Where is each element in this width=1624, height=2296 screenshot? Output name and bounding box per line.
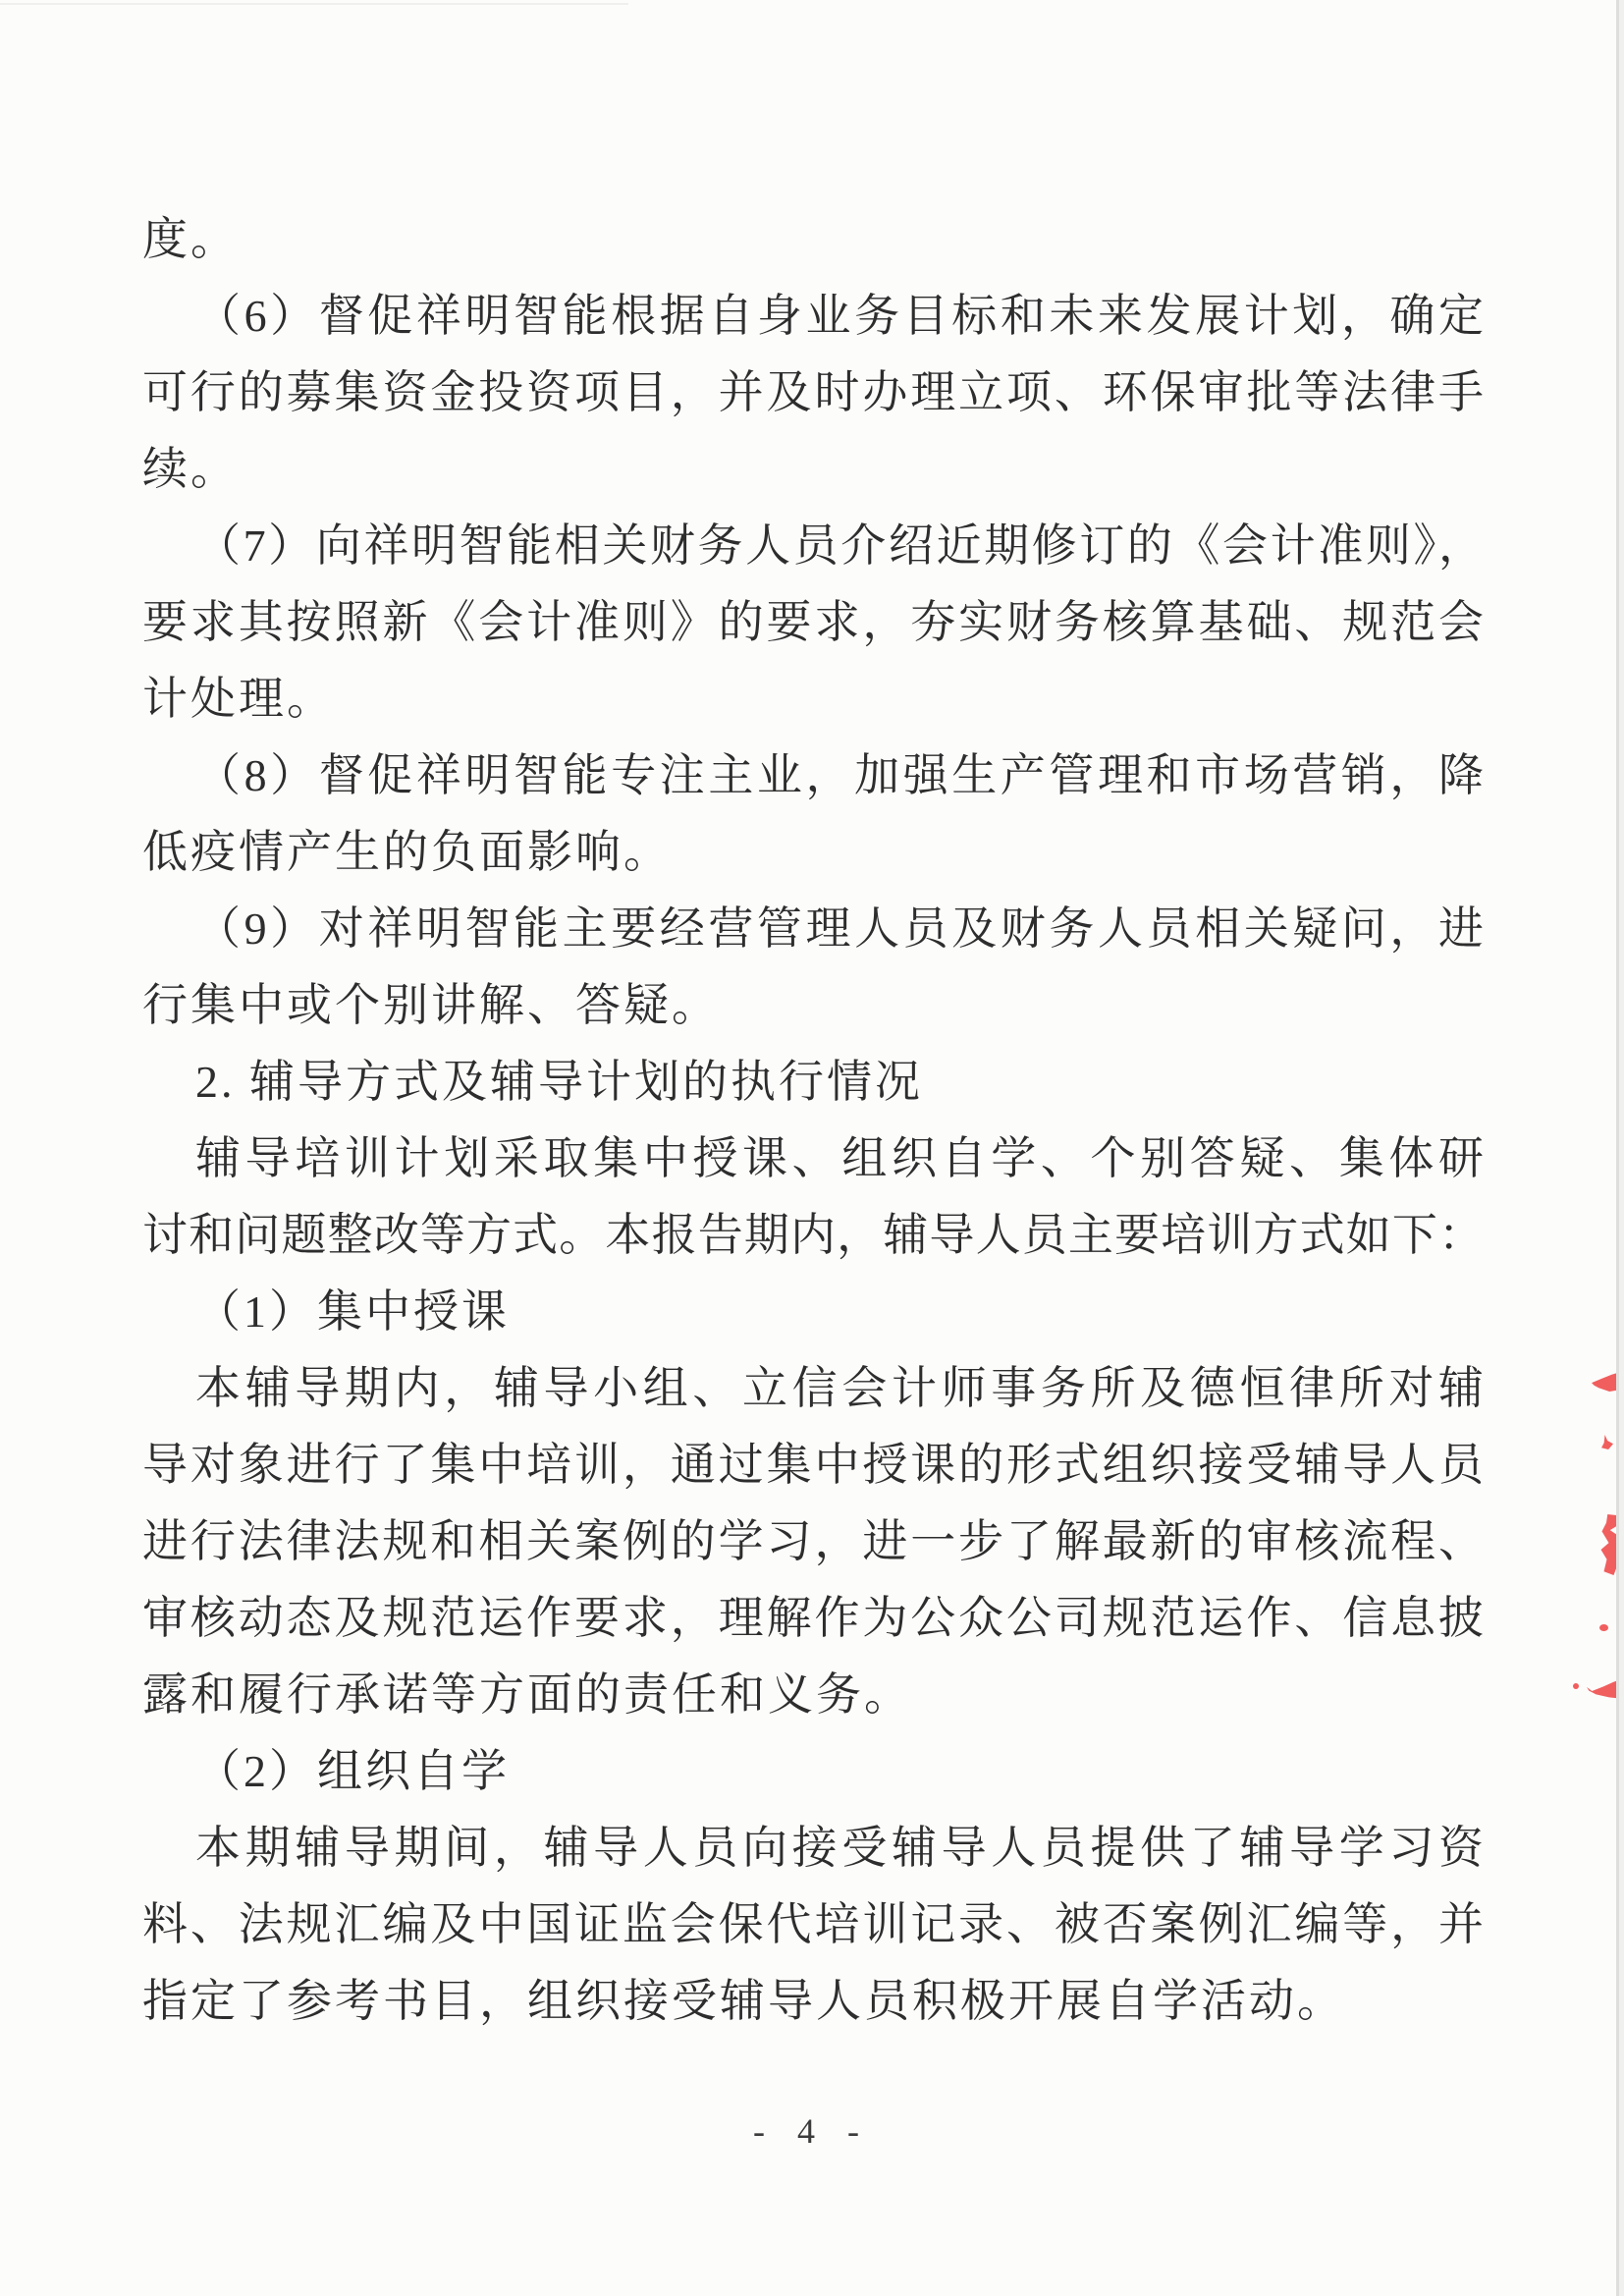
text-line: 讨和问题整改等方式。本报告期内，辅导人员主要培训方式如下： xyxy=(142,1197,1484,1274)
scan-top-edge-artifact xyxy=(0,3,628,5)
document-page: 度。（6）督促祥明智能根据自身业务目标和未来发展计划，确定可行的募集资金投资项目… xyxy=(0,0,1624,2296)
red-ink-mark xyxy=(1600,1435,1613,1449)
text-line: 可行的募集资金投资项目，并及时办理立项、环保审批等法律手 xyxy=(142,355,1484,431)
text-line: 辅导培训计划采取集中授课、组织自学、个别答疑、集体研 xyxy=(142,1121,1484,1197)
text-line: 露和履行承诺等方面的责任和义务。 xyxy=(142,1657,1484,1733)
text-line: （7）向祥明智能相关财务人员介绍近期修订的《会计准则》， xyxy=(142,508,1484,584)
text-line: 2. 辅导方式及辅导计划的执行情况 xyxy=(142,1044,1484,1121)
text-line: （2）组织自学 xyxy=(142,1733,1484,1810)
text-line: （1）集中授课 xyxy=(142,1274,1484,1350)
text-line: 进行法律法规和相关案例的学习，进一步了解最新的审核流程、 xyxy=(142,1503,1484,1580)
text-line: 度。 xyxy=(142,201,1484,278)
text-line: 计处理。 xyxy=(142,661,1484,738)
text-line: （6）督促祥明智能根据自身业务目标和未来发展计划，确定 xyxy=(142,278,1484,355)
text-line: （8）督促祥明智能专注主业，加强生产管理和市场营销，降 xyxy=(142,738,1484,814)
text-line: 要求其按照新《会计准则》的要求，夯实财务核算基础、规范会 xyxy=(142,584,1484,661)
document-body: 度。（6）督促祥明智能根据自身业务目标和未来发展计划，确定可行的募集资金投资项目… xyxy=(142,201,1484,2040)
scan-edge-shadow xyxy=(1619,0,1624,2296)
red-ink-mark xyxy=(1599,1624,1608,1631)
text-line: 行集中或个别讲解、答疑。 xyxy=(142,967,1484,1044)
text-line: 审核动态及规范运作要求，理解作为公众公司规范运作、信息披 xyxy=(142,1580,1484,1657)
text-line: 低疫情产生的负面影响。 xyxy=(142,814,1484,891)
text-line: 续。 xyxy=(142,431,1484,508)
text-line: 料、法规汇编及中国证监会保代培训记录、被否案例汇编等，并 xyxy=(142,1886,1484,1963)
text-line: （9）对祥明智能主要经营管理人员及财务人员相关疑问，进 xyxy=(142,891,1484,967)
text-line: 导对象进行了集中培训，通过集中授课的形式组织接受辅导人员 xyxy=(142,1427,1484,1503)
text-line: 本期辅导期间，辅导人员向接受辅导人员提供了辅导学习资 xyxy=(142,1810,1484,1886)
red-ink-mark xyxy=(1573,1683,1579,1689)
page-number: - 4 - xyxy=(0,2102,1624,2160)
text-line: 指定了参考书目，组织接受辅导人员积极开展自学活动。 xyxy=(142,1963,1484,2040)
text-line: 本辅导期内，辅导小组、立信会计师事务所及德恒律所对辅 xyxy=(142,1350,1484,1427)
